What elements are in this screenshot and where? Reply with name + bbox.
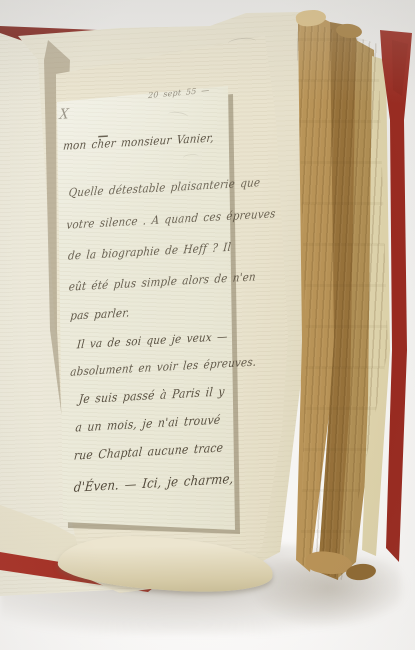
paraph-mark: X: [59, 106, 70, 123]
letter-line: de la biographie de Heff ? Il: [68, 240, 232, 263]
handwritten-letter-text: 20 sept 55 — X — mon cher monsieur Vanie…: [57, 76, 276, 536]
letter-line: pas parler.: [70, 305, 131, 322]
letter-line: d'Éven. — Ici, je charme,: [73, 472, 234, 496]
letter-line: rue Chaptal aucune trace: [73, 440, 223, 462]
letter-date: 20 sept 55 —: [148, 86, 210, 101]
letter-line: Quelle détestable plaisanterie que: [68, 175, 261, 199]
letter-line: votre silence . A quand ces épreuves: [66, 206, 276, 231]
letter-line: a un mois, je n'ai trouvé: [75, 413, 221, 435]
book-photograph: 20 sept 55 — X — mon cher monsieur Vanie…: [0, 0, 415, 650]
letter-line: Il va de soi que je veux —: [76, 329, 228, 351]
letter-line: Je suis passé à Paris il y: [78, 384, 225, 406]
letter-line: eût été plus simple alors de n'en: [68, 269, 256, 293]
letter-salutation: mon cher monsieur Vanier,: [63, 131, 215, 153]
letter-line: absolument en voir les épreuves.: [70, 355, 257, 379]
